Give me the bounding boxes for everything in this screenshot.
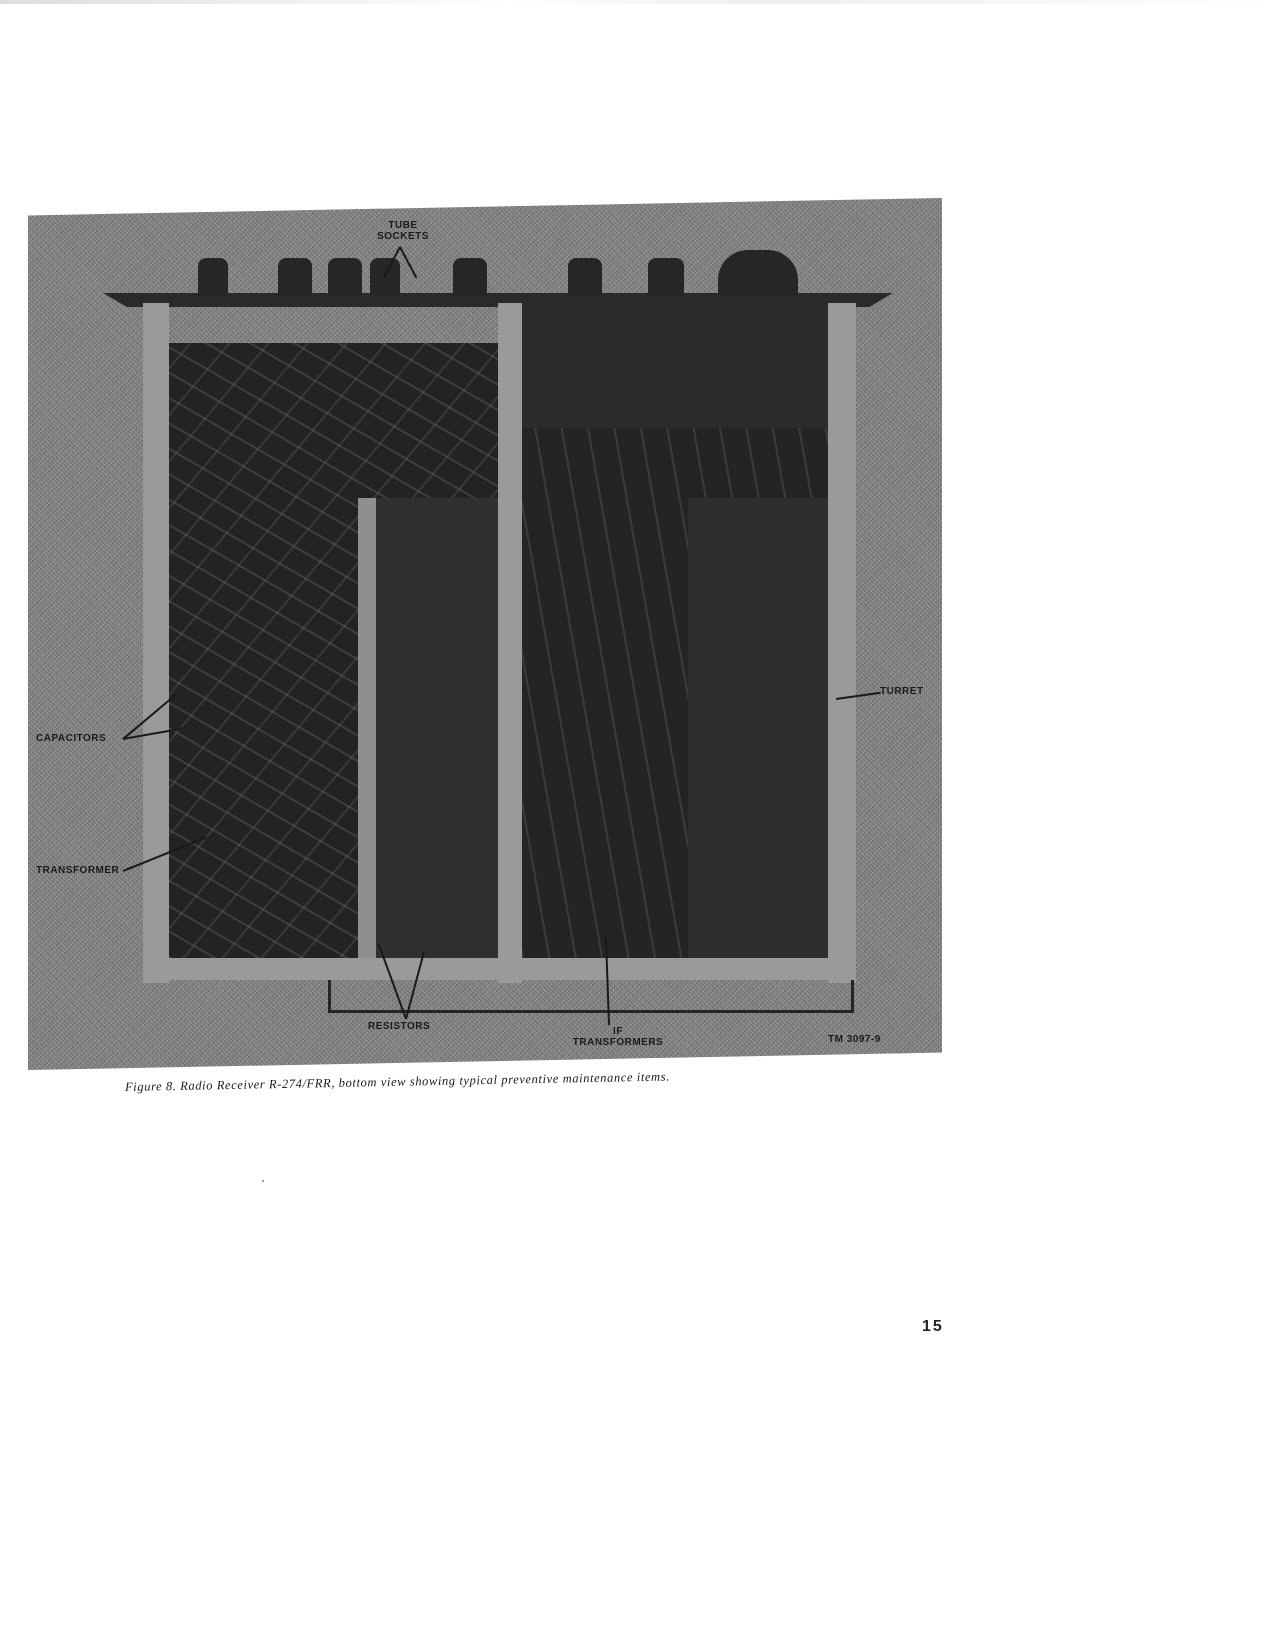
callout-resistors: RESISTORS [368, 1021, 430, 1032]
tube-socket [648, 258, 684, 296]
chassis-frame-right [828, 303, 856, 983]
resistor-board [358, 498, 516, 958]
callout-transformer: TRANSFORMER [36, 865, 119, 876]
callout-capacitors: CAPACITORS [36, 733, 106, 744]
large-component [718, 250, 798, 296]
tube-socket [453, 258, 487, 296]
leader-line [399, 247, 417, 279]
callout-if-transformers: IF TRANSFORMERS [568, 1026, 668, 1048]
callout-tube-sockets: TUBE SOCKETS [373, 220, 433, 242]
tube-socket [328, 258, 362, 296]
tube-socket [278, 258, 312, 296]
chassis-frame-middle [498, 303, 522, 983]
callout-turret: TURRET [880, 686, 924, 697]
scan-speck [262, 1180, 264, 1182]
chassis-frame-bottom [143, 958, 856, 980]
turret-assembly [688, 498, 828, 958]
plate-id: TM 3097-9 [828, 1034, 881, 1045]
upper-right-components [522, 306, 828, 428]
scan-top-edge [0, 0, 1275, 4]
receiver-bottom-view-photo: TUBE SOCKETS CAPACITORS TRANSFORMER TURR… [28, 198, 942, 1070]
tube-socket [568, 258, 602, 296]
page-number: 15 [922, 1318, 944, 1336]
figure-caption: Figure 8. Radio Receiver R-274/FRR, bott… [125, 1065, 885, 1095]
tube-socket [198, 258, 228, 296]
chassis-frame-left [143, 303, 169, 983]
